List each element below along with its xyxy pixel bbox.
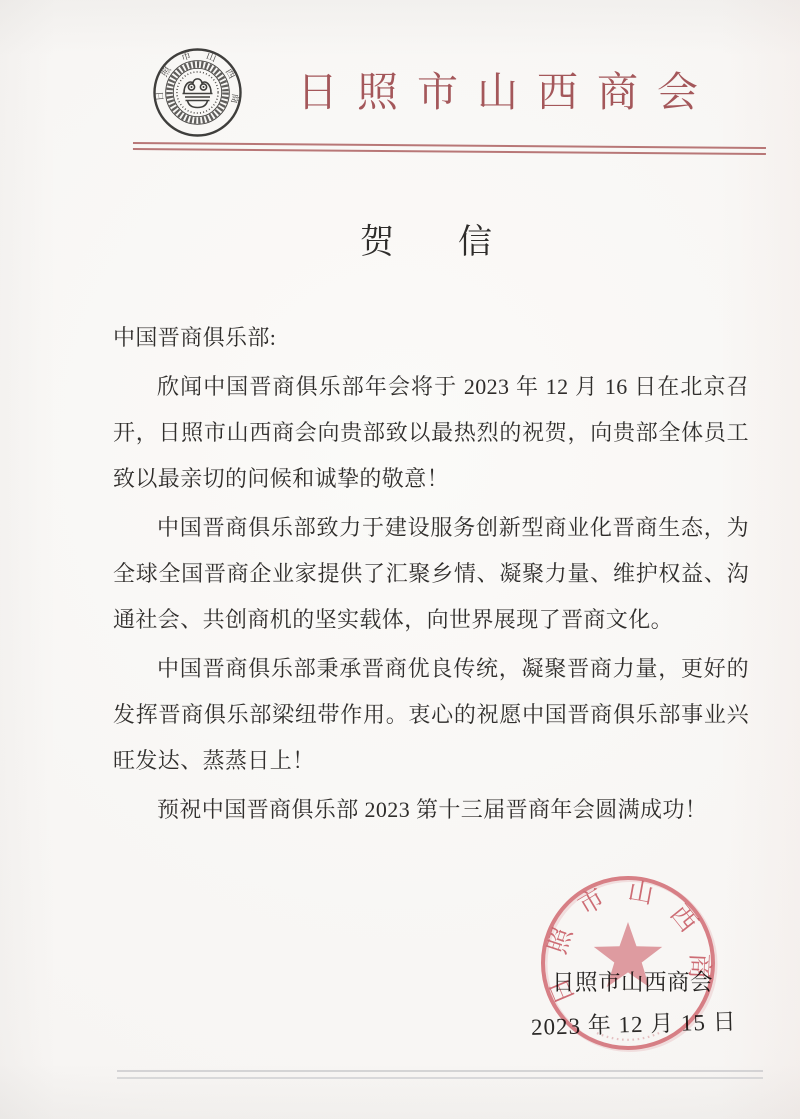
paragraph-1: 欣闻中国晋商俱乐部年会将于 2023 年 12 月 16 日在北京召开，日照市山… (113, 364, 749, 502)
paragraph-4: 预祝中国晋商俱乐部 2023 第十三届晋商年会圆满成功！ (113, 787, 749, 833)
footer-double-rule (117, 1070, 763, 1079)
official-seal: 日照市山西商会 (537, 875, 719, 1057)
header-double-rule (133, 142, 766, 155)
chamber-emblem-logo: 日照市山西商会 (151, 46, 244, 139)
seal-star (594, 922, 662, 987)
letter-body: 中国晋商俱乐部: 欣闻中国晋商俱乐部年会将于 2023 年 12 月 16 日在… (113, 315, 749, 836)
paragraph-3: 中国晋商俱乐部秉承晋商优良传统，凝聚晋商力量，更好的发挥晋商俱乐部梁纽带作用。衷… (113, 646, 749, 784)
seal-serial-marks (597, 1033, 659, 1040)
header-org-name: 日照市山西商会 (297, 72, 717, 113)
letter-page: 日照市山西商会 日照市山西商会 贺 信 中国晋商俱乐部: 欣闻中国晋商俱乐部年会… (0, 0, 800, 1119)
letter-title: 贺 信 (360, 224, 492, 261)
title-char-xin: 信 (458, 224, 492, 261)
logo-crown-emblem (183, 79, 213, 108)
title-char-he: 贺 (360, 224, 394, 261)
paragraph-2: 中国晋商俱乐部致力于建设服务创新型商业化晋商生态，为全球全国晋商企业家提供了汇聚… (113, 505, 749, 643)
logo-meander-ring (170, 65, 226, 121)
salutation: 中国晋商俱乐部: (113, 315, 749, 361)
